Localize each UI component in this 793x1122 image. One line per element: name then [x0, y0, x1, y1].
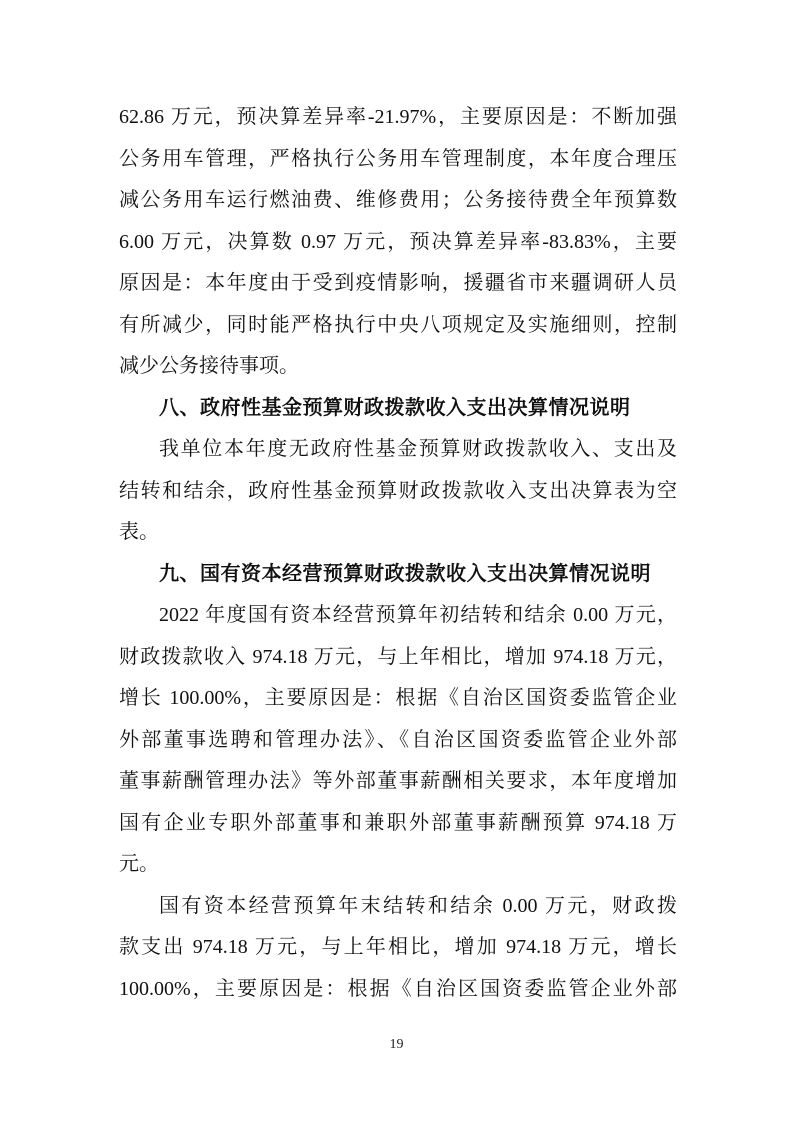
text-line: 6.00 万元，决算数 0.97 万元，预决算差异率-83.83%，主要: [119, 222, 677, 264]
text-block: 62.86 万元，预决算差异率-21.97%，主要原因是：不断加强公务用车管理，…: [119, 97, 677, 1010]
text-line: 款支出 974.18 万元，与上年相比，增加 974.18 万元，增长: [119, 927, 677, 969]
text-line: 2022 年度国有资本经营预算年初结转和结余 0.00 万元，: [119, 595, 677, 637]
text-line: 减少公务接待事项。: [119, 346, 677, 388]
text-line: 我单位本年度无政府性基金预算财政拨款收入、支出及: [119, 429, 677, 471]
text-line: 减公务用车运行燃油费、维修费用；公务接待费全年预算数: [119, 180, 677, 222]
section-heading: 八、政府性基金预算财政拨款收入支出决算情况说明: [119, 388, 677, 430]
paragraph: 我单位本年度无政府性基金预算财政拨款收入、支出及结转和结余，政府性基金预算财政拨…: [119, 429, 677, 554]
text-line: 财政拨款收入 974.18 万元，与上年相比，增加 974.18 万元，: [119, 637, 677, 679]
text-line: 国有企业专职外部董事和兼职外部董事薪酬预算 974.18 万: [119, 803, 677, 845]
text-line: 元。: [119, 844, 677, 886]
text-line: 表。: [119, 512, 677, 554]
text-line: 增长 100.00%，主要原因是：根据《自治区国资委监管企业: [119, 678, 677, 720]
text-line: 62.86 万元，预决算差异率-21.97%，主要原因是：不断加强: [119, 97, 677, 139]
text-line: 原因是：本年度由于受到疫情影响，援疆省市来疆调研人员: [119, 263, 677, 305]
text-line: 外部董事选聘和管理办法》、《自治区国资委监管企业外部: [119, 720, 677, 762]
text-line: 有所减少，同时能严格执行中央八项规定及实施细则，控制: [119, 305, 677, 347]
text-line: 国有资本经营预算年末结转和结余 0.00 万元，财政拨: [119, 886, 677, 928]
text-line: 100.00%，主要原因是：根据《自治区国资委监管企业外部: [119, 969, 677, 1011]
text-line: 结转和结余，政府性基金预算财政拨款收入支出决算表为空: [119, 471, 677, 513]
paragraph: 62.86 万元，预决算差异率-21.97%，主要原因是：不断加强公务用车管理，…: [119, 97, 677, 388]
page-number: 19: [0, 1036, 793, 1054]
section-heading: 九、国有资本经营预算财政拨款收入支出决算情况说明: [119, 554, 677, 596]
paragraph: 国有资本经营预算年末结转和结余 0.00 万元，财政拨款支出 974.18 万元…: [119, 886, 677, 1011]
text-line: 九、国有资本经营预算财政拨款收入支出决算情况说明: [119, 554, 677, 596]
text-line: 八、政府性基金预算财政拨款收入支出决算情况说明: [119, 388, 677, 430]
paragraph: 2022 年度国有资本经营预算年初结转和结余 0.00 万元，财政拨款收入 97…: [119, 595, 677, 886]
text-line: 公务用车管理，严格执行公务用车管理制度，本年度合理压: [119, 139, 677, 181]
text-line: 董事薪酬管理办法》等外部董事薪酬相关要求，本年度增加: [119, 761, 677, 803]
document-page: 62.86 万元，预决算差异率-21.97%，主要原因是：不断加强公务用车管理，…: [0, 0, 793, 1122]
